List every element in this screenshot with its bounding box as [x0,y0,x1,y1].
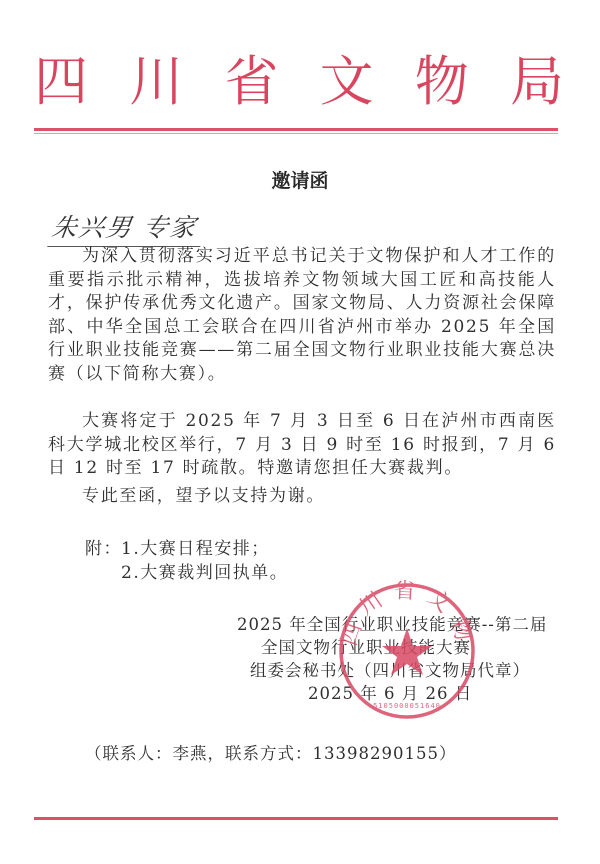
document-title: 邀请函 [0,166,600,193]
body-paragraph-schedule: 大赛将定于 2025 年 7 月 3 日至 6 日在泸州市西南医科大学城北校区举… [48,410,556,481]
body-paragraph-intro: 为深入贯彻落实习近平总书记关于文物保护和人才工作的重要指示批示精神，选拔培养文物… [48,245,556,386]
sender-line: 全国文物行业职业技能大赛 [225,636,585,659]
letterhead-divider [34,128,558,131]
paragraph-text: 大赛将定于 2025 年 7 月 3 日至 6 日在泸州市西南医科大学城北校区举… [48,410,556,481]
letterhead-char: 文 [320,52,374,112]
letterhead-title: 四 川 省 文 物 局 [34,52,564,112]
sender-line: 2025 年全国行业职业技能竞赛--第二届 [225,613,585,636]
paragraph-text: 为深入贯彻落实习近平总书记关于文物保护和人才工作的重要指示批示精神，选拔培养文物… [48,245,556,386]
attachment-item: 附： 1.大赛日程安排； [85,537,288,561]
attachment-text: 2.大赛裁判回执单。 [121,561,288,585]
letterhead-char: 局 [510,52,564,112]
attachment-item: 2.大赛裁判回执单。 [85,561,288,585]
letterhead-char: 省 [224,52,278,112]
letterhead-char: 四 [34,52,88,112]
body-paragraph-closing: 专此至函，望予以支持为谢。 [48,485,556,509]
sender-line: 组委会秘书处（四川省文物局代章） [225,659,585,682]
sender-date: 2025 年 6 月 26 日 [225,682,585,705]
attachment-text: 1.大赛日程安排； [121,537,270,561]
attachments-label: 附： [85,537,121,561]
handwritten-addressee: 朱兴男 专家 [47,208,205,247]
letterhead-char: 物 [415,52,469,112]
footer-divider [34,817,558,820]
contact-info: （联系人：李燕，联系方式：13398290155） [85,740,456,764]
sender-block: 2025 年全国行业职业技能竞赛--第二届 全国文物行业职业技能大赛 组委会秘书… [225,613,585,705]
letterhead-char: 川 [129,52,183,112]
attachments-list: 附： 1.大赛日程安排； 2.大赛裁判回执单。 [85,537,288,585]
paragraph-text: 专此至函，望予以支持为谢。 [48,485,556,509]
